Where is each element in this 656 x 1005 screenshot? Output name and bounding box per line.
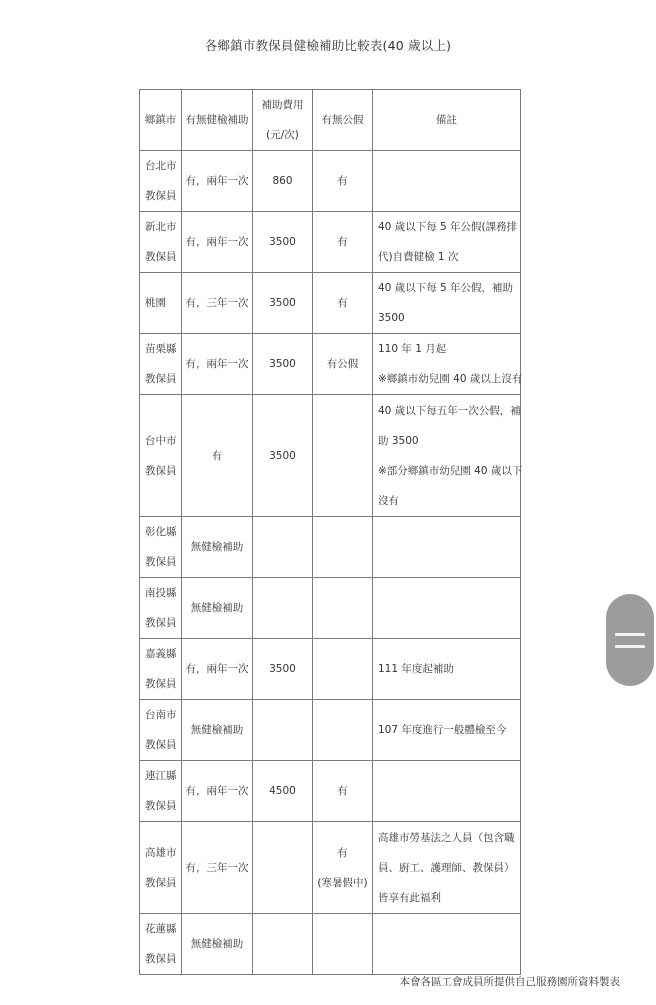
cell-city-line: 教保員 [145,791,178,821]
cell-leave [313,395,373,517]
cell-leave: 有 [313,212,373,273]
header-city: 鄉鎮市 [140,90,182,151]
table-row: 新北市教保員有，兩年一次3500有40 歲以下每 5 年公假(課務排代)自費健檢… [140,212,521,273]
cell-note-line: 40 歲以下每 5 年公假，補助 [378,273,517,303]
table-header-row: 鄉鎮市 有無健檢補助 補助費用 (元/次) 有無公假 備註 [140,90,521,151]
cell-note-line: 3500 [378,303,517,333]
cell-city: 嘉義縣教保員 [140,639,182,700]
cell-note: 40 歲以下每五年一次公假，補助 3500※部分鄉鎮市幼兒園 40 歲以下沒有 [373,395,521,517]
cell-city-line: 花蓮縣 [145,914,178,944]
cell-city-line: 教保員 [145,608,178,638]
cell-leave-line: 有 [316,776,369,806]
cell-leave-line: 有 [316,227,369,257]
table-row: 台中市教保員有350040 歲以下每五年一次公假，補助 3500※部分鄉鎮市幼兒… [140,395,521,517]
cell-leave [313,578,373,639]
cell-subsidy: 有，三年一次 [182,273,253,334]
table-row: 台南市教保員無健檢補助107 年度進行一般體檢至今 [140,700,521,761]
cell-note-line: 代)自費健檢 1 次 [378,242,517,272]
cell-note-line: 40 歲以下每五年一次公假，補 [378,396,517,426]
cell-note [373,517,521,578]
cell-fee: 3500 [253,212,313,273]
cell-leave-line: (寒暑假中) [316,868,369,898]
menu-lines-icon [615,645,645,648]
cell-leave: 有 [313,151,373,212]
cell-leave-line: 有 [316,838,369,868]
cell-city-line: 教保員 [145,181,178,211]
cell-fee [253,517,313,578]
cell-city: 苗栗縣教保員 [140,334,182,395]
cell-note: 110 年 1 月起※鄉鎮市幼兒園 40 歲以上沒有 [373,334,521,395]
cell-note-line: 高雄市勞基法之人員（包含職 [378,823,517,853]
comparison-table: 鄉鎮市 有無健檢補助 補助費用 (元/次) 有無公假 備註 台北市教保員有，兩年… [139,89,521,975]
cell-note-line: 助 3500 [378,426,517,456]
cell-fee [253,700,313,761]
cell-city: 彰化縣教保員 [140,517,182,578]
cell-city: 台中市教保員 [140,395,182,517]
cell-leave [313,914,373,975]
cell-city-line: 南投縣 [145,578,178,608]
cell-fee [253,578,313,639]
cell-subsidy: 有，兩年一次 [182,334,253,395]
cell-note: 111 年度起補助 [373,639,521,700]
cell-leave [313,517,373,578]
cell-note: 40 歲以下每 5 年公假(課務排代)自費健檢 1 次 [373,212,521,273]
cell-leave: 有 [313,273,373,334]
cell-city: 桃園 [140,273,182,334]
cell-note-line: 111 年度起補助 [378,654,517,684]
table-row: 連江縣教保員有，兩年一次4500有 [140,761,521,822]
cell-fee: 4500 [253,761,313,822]
cell-leave [313,639,373,700]
cell-city: 花蓮縣教保員 [140,914,182,975]
cell-city-line: 連江縣 [145,761,178,791]
table-row: 嘉義縣教保員有，兩年一次3500111 年度起補助 [140,639,521,700]
cell-note [373,914,521,975]
cell-note: 高雄市勞基法之人員（包含職員、廚工、護理師、教保員）皆享有此福利 [373,822,521,914]
header-subsidy: 有無健檢補助 [182,90,253,151]
table-row: 花蓮縣教保員無健檢補助 [140,914,521,975]
cell-city-line: 教保員 [145,669,178,699]
table-body: 台北市教保員有，兩年一次860有新北市教保員有，兩年一次3500有40 歲以下每… [140,151,521,975]
cell-city: 台南市教保員 [140,700,182,761]
header-fee-line2: (元/次) [256,120,309,150]
cell-subsidy: 有，三年一次 [182,822,253,914]
header-note: 備註 [373,90,521,151]
cell-city: 高雄市教保員 [140,822,182,914]
table-row: 南投縣教保員無健檢補助 [140,578,521,639]
cell-note-line: 皆享有此福利 [378,883,517,913]
cell-note-line: ※部分鄉鎮市幼兒園 40 歲以下 [378,456,517,486]
cell-city-line: 教保員 [145,944,178,974]
cell-city: 新北市教保員 [140,212,182,273]
table-row: 高雄市教保員有，三年一次有(寒暑假中)高雄市勞基法之人員（包含職員、廚工、護理師… [140,822,521,914]
cell-city-line: 教保員 [145,868,178,898]
cell-city-line: 教保員 [145,456,178,486]
cell-subsidy: 有，兩年一次 [182,761,253,822]
document-title: 各鄉鎮市教保員健檢補助比較表(40 歲以上) [0,36,656,54]
cell-fee: 3500 [253,395,313,517]
cell-leave: 有 [313,761,373,822]
floating-menu-button[interactable] [606,594,654,686]
cell-city: 連江縣教保員 [140,761,182,822]
cell-subsidy: 無健檢補助 [182,914,253,975]
cell-city-line: 台北市 [145,151,178,181]
header-fee-line1: 補助費用 [256,90,309,120]
cell-leave: 有(寒暑假中) [313,822,373,914]
cell-city: 台北市教保員 [140,151,182,212]
cell-note-line: 員、廚工、護理師、教保員） [378,853,517,883]
table-row: 彰化縣教保員無健檢補助 [140,517,521,578]
cell-note-line: 110 年 1 月起 [378,334,517,364]
footer-source-note: 本會各區工會成員所提供自己服務園所資料製表 [400,974,621,989]
cell-note [373,578,521,639]
cell-note-line: 107 年度進行一般體檢至今 [378,715,517,745]
cell-city-line: 教保員 [145,364,178,394]
cell-city-line: 教保員 [145,730,178,760]
cell-city-line: 台南市 [145,700,178,730]
table-row: 台北市教保員有，兩年一次860有 [140,151,521,212]
cell-note-line: ※鄉鎮市幼兒園 40 歲以上沒有 [378,364,517,394]
cell-subsidy: 無健檢補助 [182,578,253,639]
cell-city-line: 嘉義縣 [145,639,178,669]
cell-fee: 3500 [253,334,313,395]
cell-city-line: 新北市 [145,212,178,242]
cell-city-line: 教保員 [145,242,178,272]
cell-note-line: 沒有 [378,486,517,516]
cell-note [373,761,521,822]
cell-fee: 3500 [253,273,313,334]
cell-subsidy: 有，兩年一次 [182,151,253,212]
table-row: 苗栗縣教保員有，兩年一次3500有公假110 年 1 月起※鄉鎮市幼兒園 40 … [140,334,521,395]
cell-note-line: 40 歲以下每 5 年公假(課務排 [378,212,517,242]
cell-city-line: 教保員 [145,547,178,577]
cell-fee [253,914,313,975]
cell-note: 107 年度進行一般體檢至今 [373,700,521,761]
cell-fee [253,822,313,914]
cell-fee: 860 [253,151,313,212]
table-row: 桃園有，三年一次3500有40 歲以下每 5 年公假，補助3500 [140,273,521,334]
cell-note: 40 歲以下每 5 年公假，補助3500 [373,273,521,334]
cell-city-line: 桃園 [145,288,178,318]
cell-leave-line: 有 [316,166,369,196]
cell-city: 南投縣教保員 [140,578,182,639]
cell-subsidy: 無健檢補助 [182,517,253,578]
header-fee: 補助費用 (元/次) [253,90,313,151]
cell-subsidy: 無健檢補助 [182,700,253,761]
cell-city-line: 台中市 [145,426,178,456]
cell-fee: 3500 [253,639,313,700]
cell-leave-line: 有 [316,288,369,318]
header-leave: 有無公假 [313,90,373,151]
cell-city-line: 高雄市 [145,838,178,868]
cell-leave-line: 有公假 [316,349,369,379]
cell-subsidy: 有，兩年一次 [182,639,253,700]
cell-leave: 有公假 [313,334,373,395]
cell-city-line: 彰化縣 [145,517,178,547]
cell-subsidy: 有 [182,395,253,517]
cell-note [373,151,521,212]
cell-subsidy: 有，兩年一次 [182,212,253,273]
cell-leave [313,700,373,761]
cell-city-line: 苗栗縣 [145,334,178,364]
menu-lines-icon [615,633,645,636]
